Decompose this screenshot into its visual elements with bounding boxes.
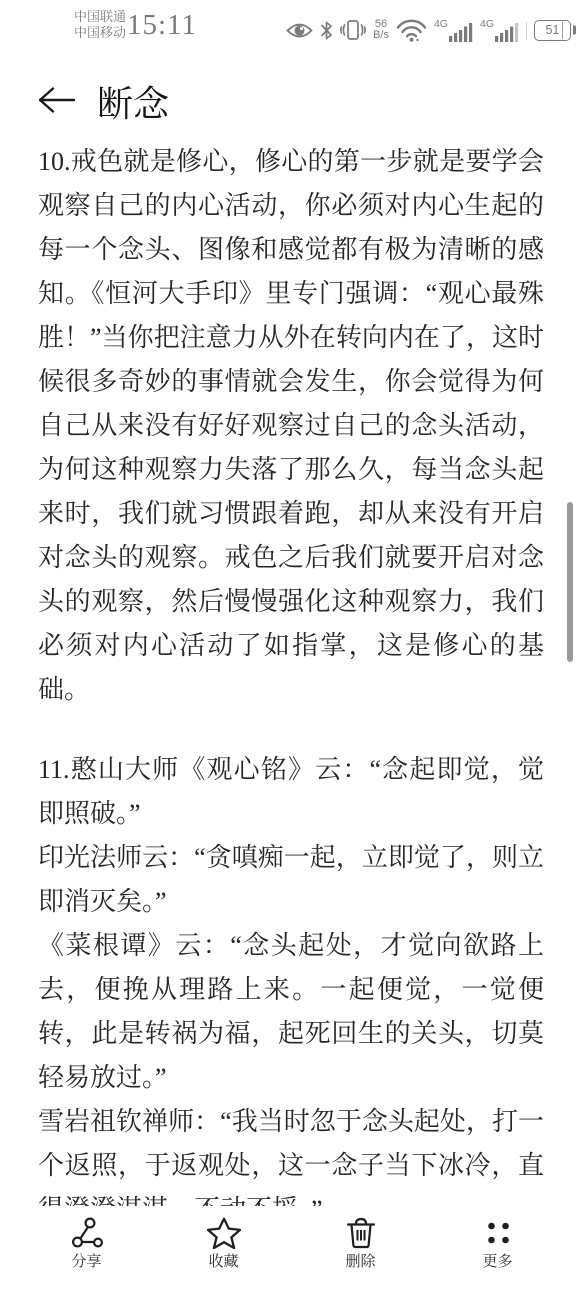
scrollbar-thumb[interactable] bbox=[567, 502, 573, 662]
paragraph-11-group: 11.憨山大师《观心铭》云：“念起即觉，觉即照破。” 印光法师云：“贪嗔痴一起，… bbox=[38, 748, 544, 1206]
battery-tip bbox=[573, 26, 576, 35]
share-label: 分享 bbox=[71, 1254, 101, 1270]
signal-sim1-icon: 4G bbox=[434, 19, 473, 42]
battery-fill-edge bbox=[562, 22, 563, 39]
paragraph-11-quote-2: 印光法师云：“贪嗔痴一起，立即觉了，则立即消灭矣。” bbox=[38, 836, 544, 924]
status-divider bbox=[526, 22, 527, 39]
paragraph-11-quote-4: 雪岩祖钦禅师：“我当时忽于念头起处，打一个返照，于返观处，这一念子当下冰冷，直得… bbox=[38, 1100, 544, 1206]
wifi-icon bbox=[396, 19, 427, 42]
bottom-toolbar: 分享 收藏 删除 bbox=[0, 1206, 580, 1289]
signal-sim2-icon: 4G bbox=[480, 19, 519, 42]
status-bar: 中国联通 中国移动 15:11 bbox=[0, 0, 580, 62]
paragraph-11-quote-1: 11.憨山大师《观心铭》云：“念起即觉，觉即照破。” bbox=[38, 748, 544, 836]
eye-protection-icon bbox=[286, 21, 313, 40]
more-button[interactable]: 更多 bbox=[429, 1206, 566, 1289]
battery-indicator: 51 bbox=[534, 20, 571, 41]
paragraph-10: 10.戒色就是修心，修心的第一步就是要学会观察自己的内心活动，你必须对内心生起的… bbox=[38, 140, 544, 712]
page-title: 断念 bbox=[97, 76, 169, 127]
phone-screen: 中国联通 中国移动 15:11 bbox=[0, 0, 580, 1289]
carrier-1: 中国联通 bbox=[74, 9, 126, 25]
network-speed-unit: B/s bbox=[373, 30, 389, 42]
network-type-sim2: 4G bbox=[480, 19, 494, 29]
status-time: 15:11 bbox=[127, 9, 197, 42]
note-content[interactable]: 10.戒色就是修心，修心的第一步就是要学会观察自己的内心活动，你必须对内心生起的… bbox=[38, 140, 544, 1206]
status-icon-cluster: 56 B/s 4G bbox=[286, 16, 571, 44]
share-button[interactable]: 分享 bbox=[18, 1206, 155, 1289]
battery-level: 51 bbox=[546, 23, 560, 37]
carrier-names: 中国联通 中国移动 bbox=[74, 9, 126, 41]
title-bar: 断念 bbox=[0, 62, 580, 140]
network-speed: 56 B/s bbox=[373, 19, 389, 42]
more-dots-icon bbox=[482, 1217, 514, 1249]
back-button[interactable] bbox=[36, 86, 76, 118]
trash-icon bbox=[346, 1217, 376, 1249]
network-type-sim1: 4G bbox=[434, 19, 448, 29]
star-icon bbox=[207, 1217, 241, 1249]
delete-label: 删除 bbox=[345, 1254, 375, 1270]
favorite-label: 收藏 bbox=[208, 1254, 238, 1270]
more-label: 更多 bbox=[482, 1254, 512, 1270]
vibrate-icon bbox=[340, 20, 366, 40]
favorite-button[interactable]: 收藏 bbox=[155, 1206, 292, 1289]
paragraph-11-quote-3: 《菜根谭》云：“念头起处，才觉向欲路上去，便挽从理路上来。一起便觉，一觉便转，此… bbox=[38, 924, 544, 1100]
bluetooth-icon bbox=[320, 21, 333, 40]
arrow-left-icon bbox=[36, 85, 76, 120]
share-icon bbox=[71, 1217, 103, 1249]
carrier-2: 中国移动 bbox=[74, 25, 126, 41]
delete-button[interactable]: 删除 bbox=[292, 1206, 429, 1289]
